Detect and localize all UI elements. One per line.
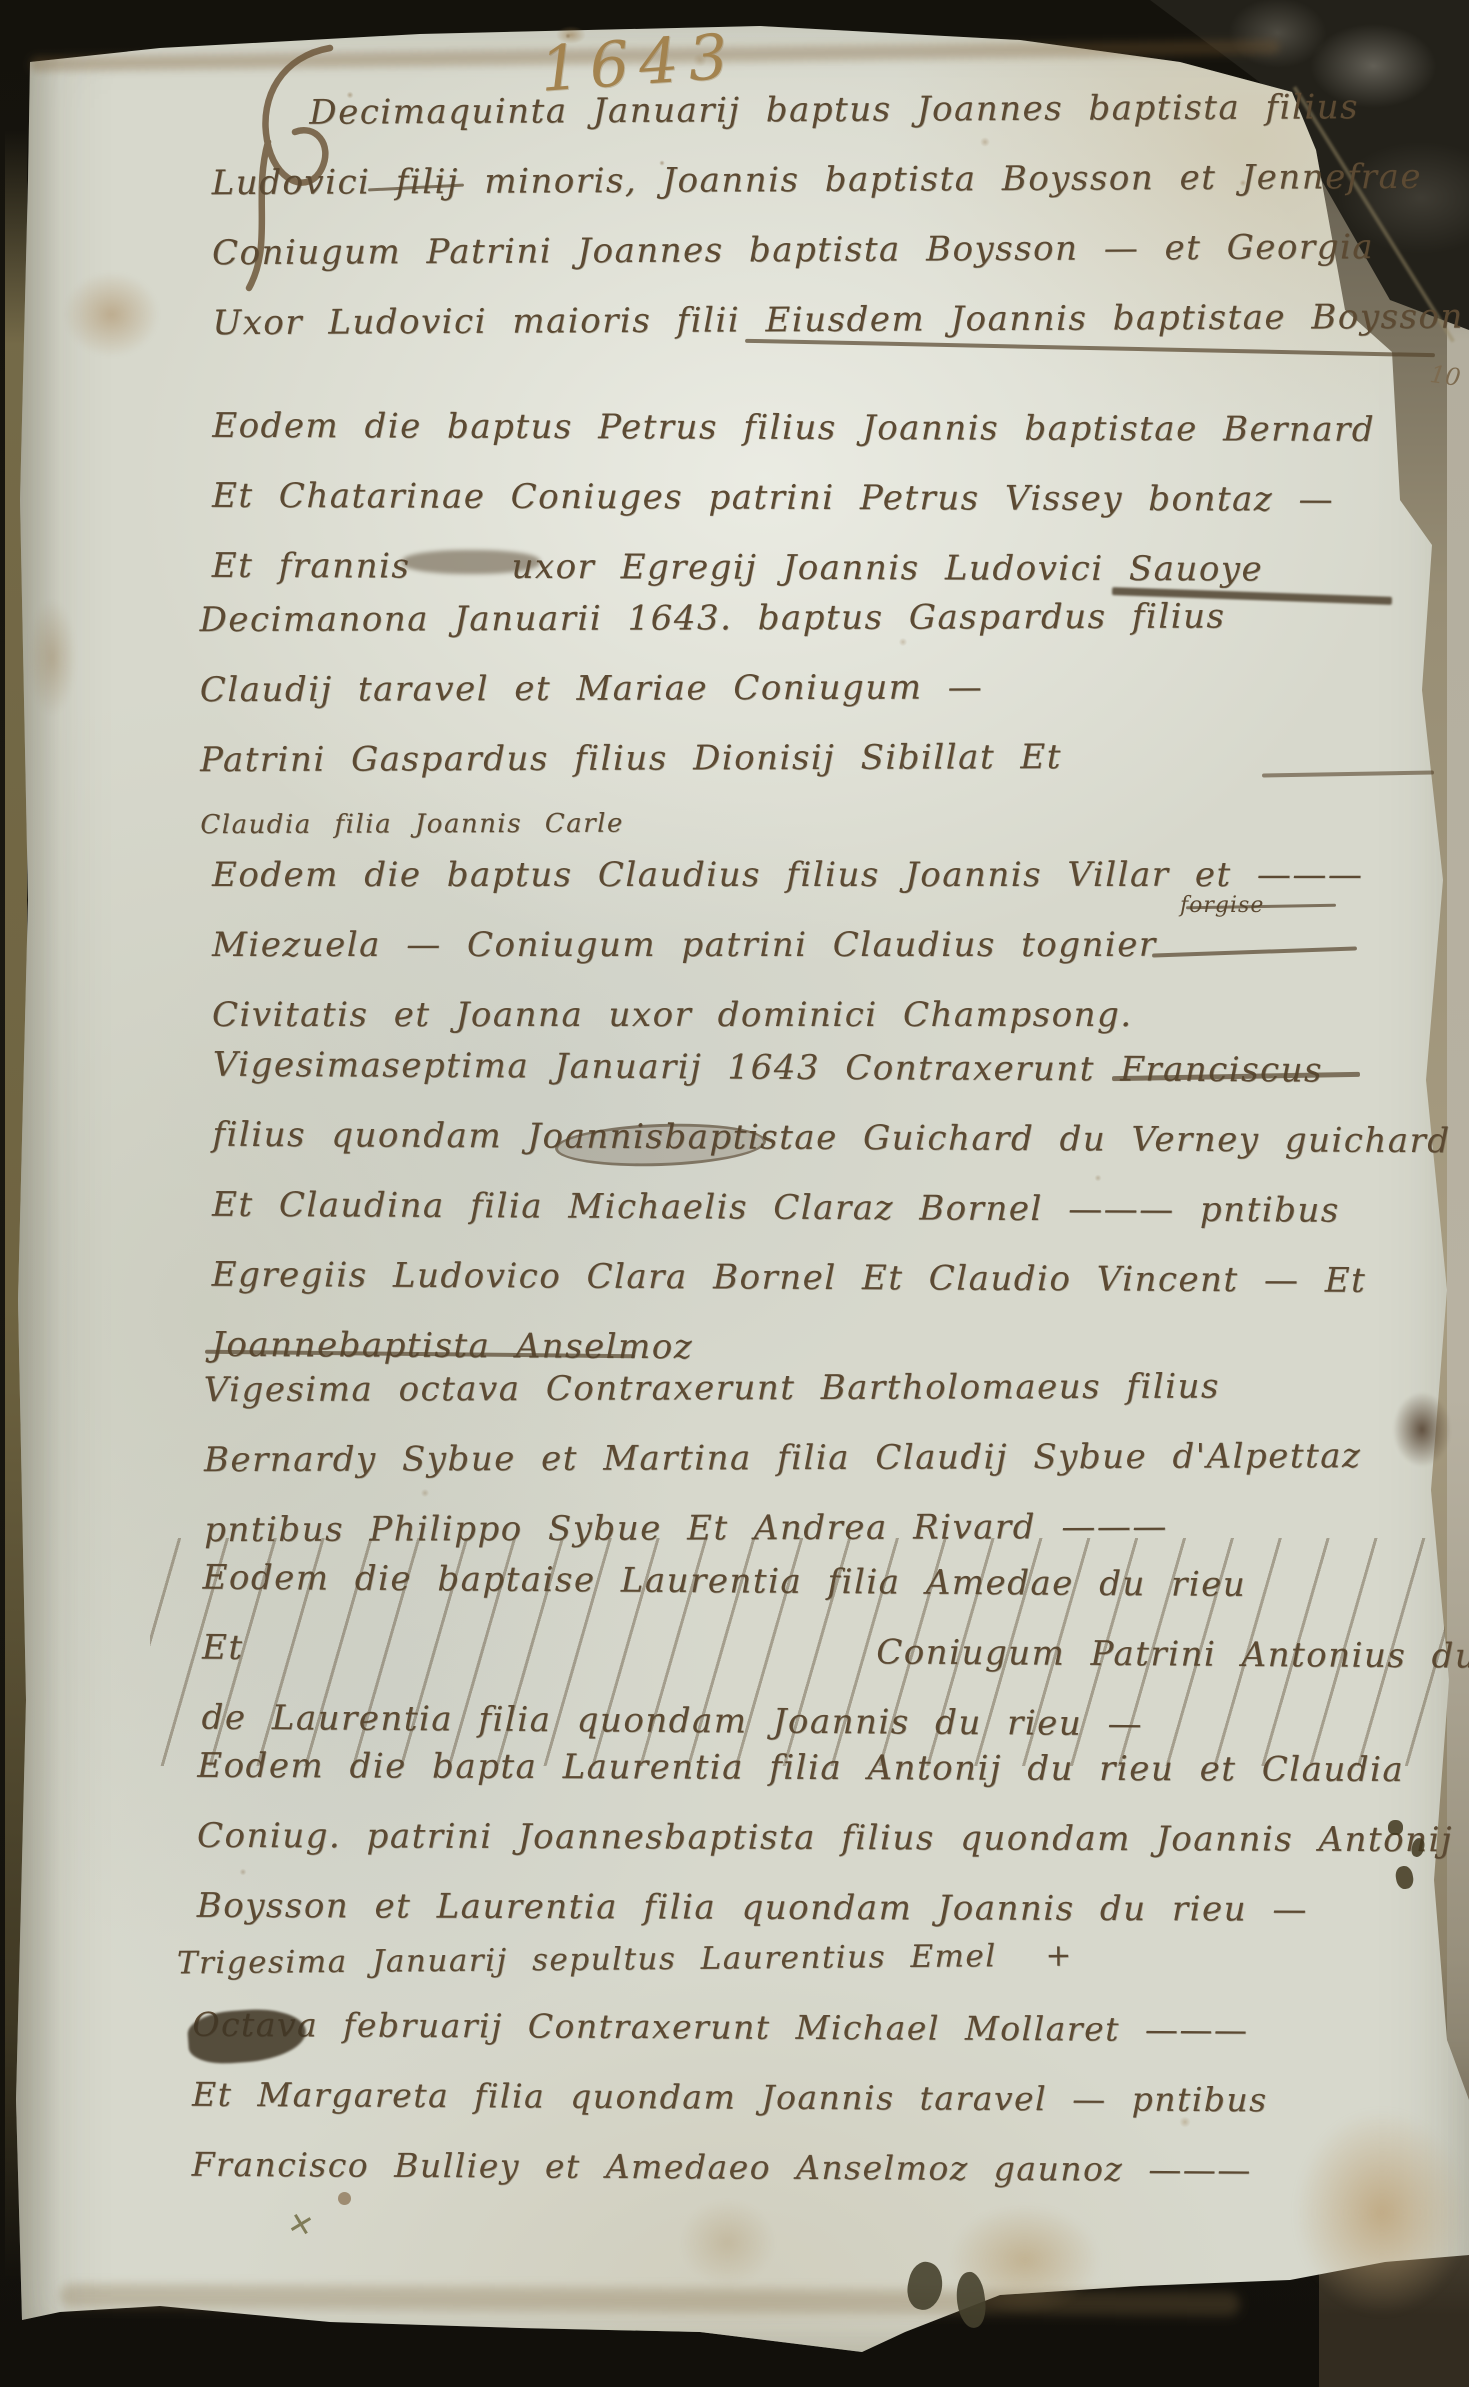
manuscript-line: Et Chatarinae Coniuges patrini Petrus Vi…: [200, 476, 1460, 550]
manuscript-line: Uxor Ludovici maioris filii Eiusdem Joan…: [200, 297, 1460, 374]
manuscript-line: Et Margareta filia quondam Joannis tarav…: [180, 2075, 1440, 2152]
register-entry-crossed-out: Eodem die baptaise Laurentia filia Ameda…: [189, 1558, 1450, 1777]
manuscript-photo: ✕ 1643 10 Decimaquinta Januarij baptus J…: [0, 0, 1469, 2387]
manuscript-line: Eodem die bapta Laurentia filia Antonij …: [185, 1746, 1445, 1820]
manuscript-line: Francisco Bulliey et Amedaeo Anselmoz ga…: [179, 2145, 1439, 2222]
register-entry: Trigesima Januarij sepultus Laurentius E…: [165, 1935, 1426, 2016]
manuscript-line: Miezuela — Coniugum patrini Claudius tog…: [200, 925, 1460, 995]
manuscript-line: Vigesimaseptima Januarij 1643 Contraxeru…: [201, 1045, 1461, 1122]
manuscript-line: Coniug. patrini Joannesbaptista filius q…: [185, 1816, 1445, 1890]
manuscript-line: Patrini Gaspardus filius Dionisij Sibill…: [188, 736, 1448, 810]
register-entry: Eodem die baptus Petrus filius Joannis b…: [200, 406, 1461, 620]
manuscript-line: Bernardy Sybue et Martina filia Claudij …: [192, 1436, 1452, 1510]
manuscript-line: Claudij taravel et Mariae Coniugum —: [188, 666, 1448, 740]
register-entry: Vigesima octava Contraxerunt Bartholomae…: [192, 1366, 1453, 1580]
manuscript-line: filius quondam Joannisbaptistae Guichard…: [200, 1115, 1460, 1192]
register-entry: Vigesimaseptima Januarij 1643 Contraxeru…: [199, 1045, 1461, 1402]
register-entry: Decimanona Januarii 1643. baptus Gaspard…: [188, 596, 1449, 864]
manuscript-line: Et Coniugum Patrini Antonius du rieu: [190, 1628, 1450, 1707]
register-entry: Eodem die bapta Laurentia filia Antonij …: [185, 1746, 1446, 1960]
manuscript-line: Eodem die baptus Petrus filius Joannis b…: [200, 406, 1460, 480]
register-entry: Octava februarij Contraxerunt Michael Mo…: [179, 2005, 1440, 2222]
register-entry: Decimaquinta Januarij baptus Joannes bap…: [199, 87, 1460, 374]
manuscript-line: Trigesima Januarij sepultus Laurentius E…: [165, 1935, 1426, 2016]
ink-smudge: [402, 550, 540, 574]
manuscript-line: Coniugum Patrini Joannes baptista Boysso…: [200, 227, 1460, 304]
manuscript-line: Et Claudina filia Michaelis Claraz Borne…: [200, 1185, 1460, 1262]
manuscript-line: Eodem die baptus Claudius filius Joannis…: [200, 855, 1460, 925]
ink-dot: [1388, 1820, 1403, 1835]
register-entry: Eodem die baptus Claudius filius Joannis…: [200, 855, 1460, 1065]
manuscript-line: Eodem die baptaise Laurentia filia Ameda…: [190, 1558, 1450, 1637]
manuscript-line: Vigesima octava Contraxerunt Bartholomae…: [192, 1366, 1452, 1440]
manuscript-line: Egregiis Ludovico Clara Bornel Et Claudi…: [199, 1255, 1459, 1332]
manuscript-line: Decimaquinta Januarij baptus Joannes bap…: [199, 87, 1459, 164]
manuscript-line: Decimanona Januarii 1643. baptus Gaspard…: [188, 596, 1448, 670]
manuscript-line: Octava februarij Contraxerunt Michael Mo…: [180, 2005, 1440, 2082]
manuscript-line: Ludovici filij minoris, Joannis baptista…: [200, 157, 1460, 234]
